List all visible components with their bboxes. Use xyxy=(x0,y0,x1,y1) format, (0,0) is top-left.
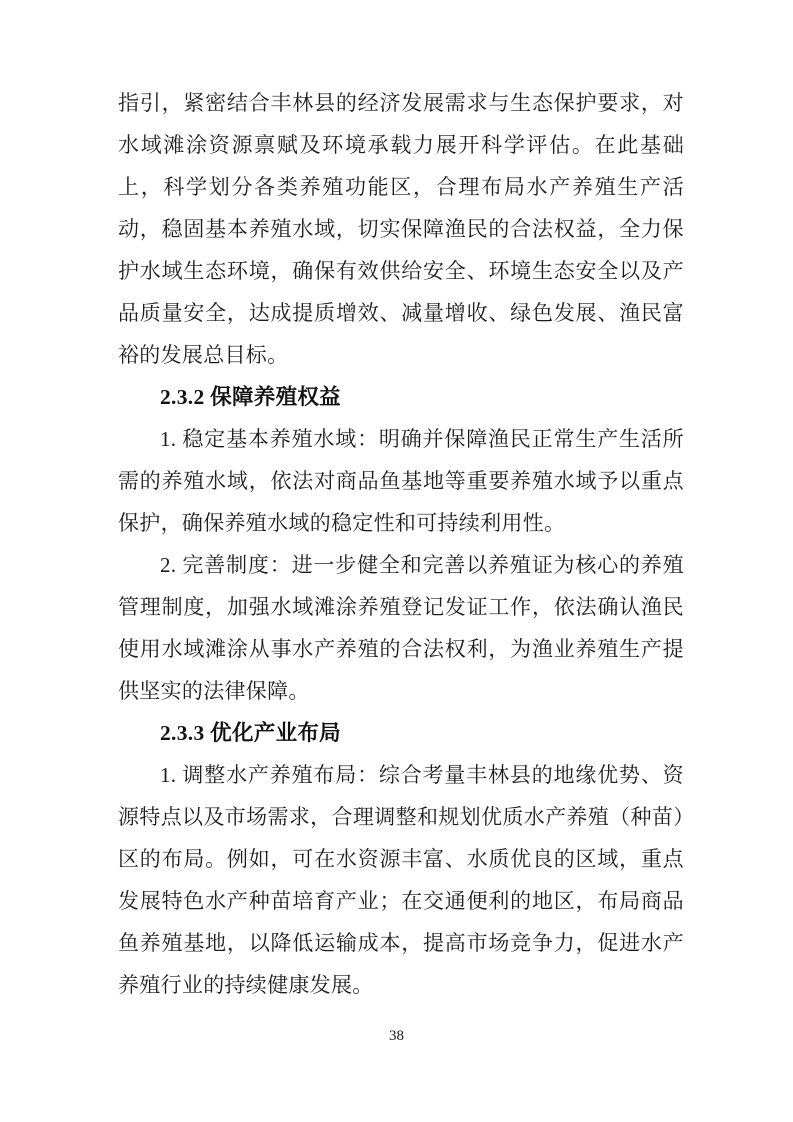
section-heading-2-3-3-optimize-industry-layout: 2.3.3 优化产业布局 xyxy=(118,712,684,754)
section-heading-2-3-2-protect-aquaculture-rights: 2.3.2 保障养殖权益 xyxy=(118,376,684,418)
document-page: 指引，紧密结合丰林县的经济发展需求与生态保护要求，对水域滩涂资源禀赋及环境承载力… xyxy=(0,0,793,1122)
paragraph-stabilize-basic-waters: 1. 稳定基本养殖水域：明确并保障渔民正常生产生活所需的养殖水域，依法对商品鱼基… xyxy=(118,418,684,544)
document-content: 指引，紧密结合丰林县的经济发展需求与生态保护要求，对水域滩涂资源禀赋及环境承载力… xyxy=(118,82,684,1006)
page-number: 38 xyxy=(0,1026,793,1046)
paragraph-improve-licensing-system: 2. 完善制度：进一步健全和完善以养殖证为核心的养殖管理制度，加强水域滩涂养殖登… xyxy=(118,544,684,712)
paragraph-adjust-aquaculture-layout: 1. 调整水产养殖布局：综合考量丰林县的地缘优势、资源特点以及市场需求，合理调整… xyxy=(118,754,684,1006)
paragraph-continuation-development-goals: 指引，紧密结合丰林县的经济发展需求与生态保护要求，对水域滩涂资源禀赋及环境承载力… xyxy=(118,82,684,376)
